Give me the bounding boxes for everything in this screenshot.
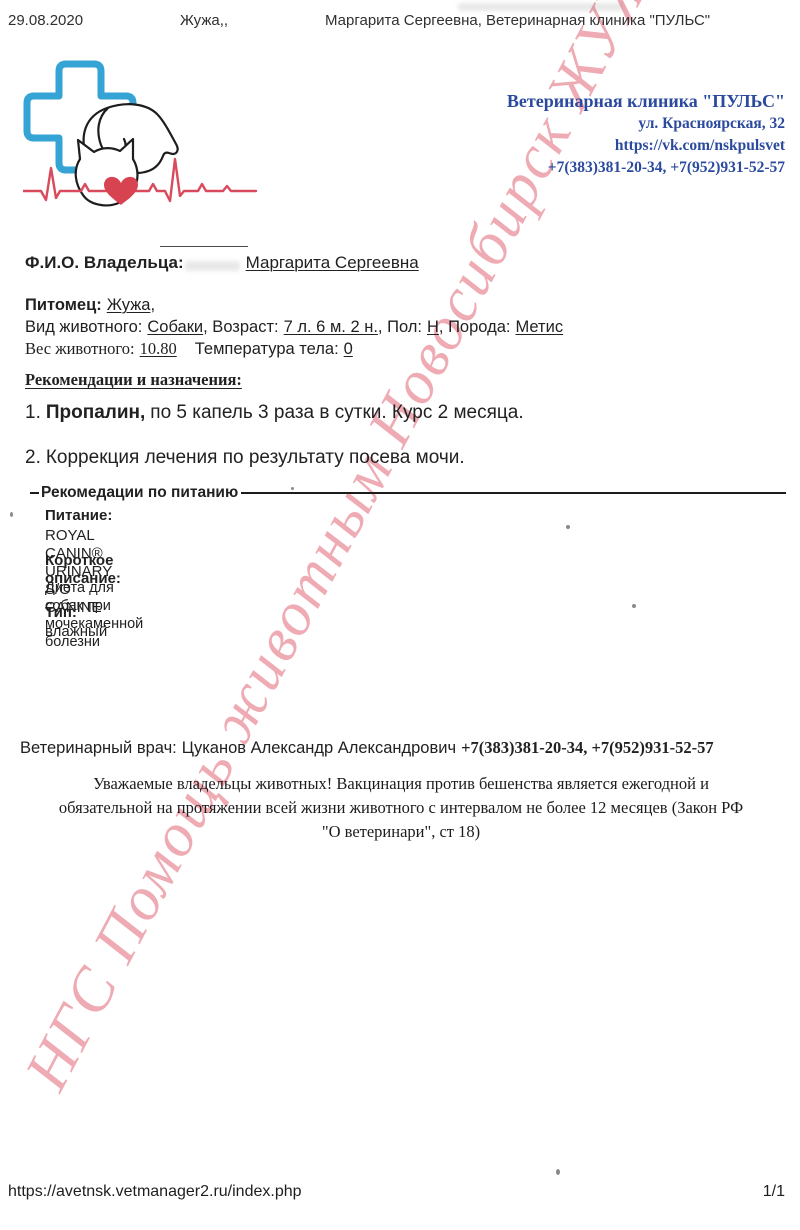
clinic-vk-link: https://vk.com/nskpulsvet	[507, 135, 785, 157]
doctor-name: Цуканов Александр Александрович	[182, 739, 456, 757]
item-text: по 5 капель 3 раза в сутки. Курс 2 месяц…	[150, 402, 523, 423]
age-value: 7 л. 6 м. 2 н.	[284, 318, 378, 336]
sex-label: , Пол:	[378, 318, 422, 336]
scan-speck	[556, 1169, 560, 1175]
footer-url: https://avetnsk.vetmanager2.ru/index.php	[8, 1183, 302, 1201]
scan-speck	[291, 487, 294, 490]
recommendations-heading: Рекомендации и назначения:	[25, 370, 242, 390]
recommendation-item: 1.Пропалин,по 5 капель 3 раза в сутки. К…	[25, 402, 524, 424]
scan-speck	[632, 604, 636, 608]
doctor-phones: +7(383)381-20-34, +7(952)931-52-57	[461, 738, 714, 757]
header-owner-clinic: Маргарита Сергеевна, Ветеринарная клиник…	[325, 12, 710, 29]
pet-name: Жужа	[107, 296, 151, 314]
doctor-label: Ветеринарный врач:	[20, 739, 177, 757]
pet-details-line: Вид животного:Собаки, Возраст:7 л. 6 м. …	[25, 316, 563, 338]
owner-label: Ф.И.О. Владельца:	[25, 253, 184, 272]
scan-speck	[566, 525, 570, 529]
clinic-name: Ветеринарная клиника "ПУЛЬС"	[507, 90, 785, 113]
species-label: Вид животного:	[25, 318, 142, 336]
header-pet-name: Жужа,,	[180, 12, 228, 29]
erased-name-underline	[160, 246, 248, 247]
pet-label: Питомец:	[25, 296, 102, 314]
weight-value: 10.80	[140, 339, 177, 358]
sex-value: Н	[427, 318, 439, 336]
nutrition-section: Рекомедации по питанию	[30, 484, 786, 502]
item-number: 2.	[25, 447, 41, 468]
clinic-logo	[23, 60, 258, 215]
clinic-phones: +7(383)381-20-34, +7(952)931-52-57	[507, 157, 785, 179]
pet-weight-line: Вес животного:10.80Температура тела:0	[25, 338, 563, 360]
type-value: влажный	[45, 623, 107, 641]
nutrition-legend: Рекомедации по питанию	[39, 484, 241, 502]
weight-label: Вес животного:	[25, 339, 135, 358]
recommendation-item: 2.Коррекция лечения по результату посева…	[25, 447, 465, 469]
temperature-label: Температура тела:	[195, 340, 339, 358]
doctor-line: Ветеринарный врач:Цуканов Александр Алек…	[20, 738, 714, 758]
type-label: Тип:	[45, 604, 77, 622]
item-drug: Пропалин,	[46, 402, 145, 423]
scan-speck	[10, 512, 13, 517]
pet-info-block: Питомец:Жужа, Вид животного:Собаки, Возр…	[25, 294, 563, 360]
legend-left-rule	[30, 492, 39, 494]
food-label: Питание:	[45, 507, 112, 525]
breed-value: Метис	[516, 318, 564, 336]
item-text: Коррекция лечения по результату посева м…	[46, 447, 465, 468]
rabies-notice: Уважаемые владельцы животных! Вакцинация…	[48, 772, 754, 844]
item-number: 1.	[25, 402, 41, 423]
owner-name: Маргарита Сергеевна	[246, 253, 419, 272]
clinic-info-block: Ветеринарная клиника "ПУЛЬС" ул. Красноя…	[507, 90, 785, 179]
owner-line: Ф.И.О. Владельца:Маргарита Сергеевна	[25, 253, 419, 273]
age-label: , Возраст:	[203, 318, 278, 336]
page-number: 1/1	[763, 1183, 785, 1201]
document-date: 29.08.2020	[8, 12, 83, 29]
pet-line: Питомец:Жужа,	[25, 294, 563, 316]
scan-smudge	[458, 3, 623, 11]
temperature-value: 0	[344, 340, 353, 358]
breed-label: , Порода:	[439, 318, 511, 336]
legend-right-rule	[241, 492, 786, 494]
pet-name-suffix: ,	[150, 296, 155, 314]
species-value: Собаки	[147, 318, 203, 336]
clinic-address: ул. Красноярская, 32	[507, 113, 785, 135]
